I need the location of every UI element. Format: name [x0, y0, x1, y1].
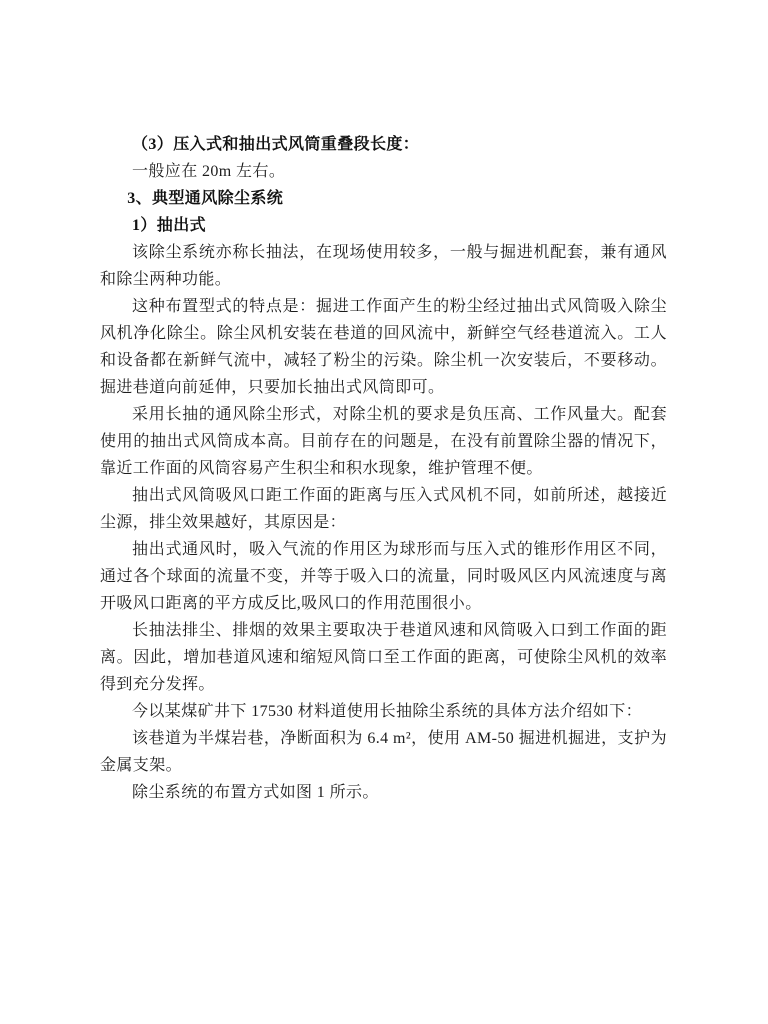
para-figure-reference: 除尘系统的布置方式如图 1 所示。	[100, 779, 667, 806]
para-inlet-distance: 抽出式风筒吸风口距工作面的距离与压入式风机不同，如前所述，越接近尘源，排尘效果越…	[100, 482, 667, 536]
heading-overlap-section-length: （3）压入式和抽出式风筒重叠段长度：	[100, 131, 667, 158]
para-system-intro: 该除尘系统亦称长抽法，在现场使用较多，一般与掘进机配套，兼有通风和除尘两种功能。	[100, 239, 667, 293]
para-roadway-specs: 该巷道为半煤岩巷，净断面积为 6.4 m²，使用 AM-50 掘进机掘进，支护为…	[100, 725, 667, 779]
para-overlap-length-value: 一般应在 20m 左右。	[100, 158, 667, 185]
heading-typical-system: 3、典型通风除尘系统	[100, 185, 667, 212]
para-layout-features: 这种布置型式的特点是：掘进工作面产生的粉尘经过抽出式风筒吸入除尘风机净化除尘。除…	[100, 293, 667, 401]
para-airflow-sphere: 抽出式通风时，吸入气流的作用区为球形而与压入式的锥形作用区不同，通过各个球面的流…	[100, 536, 667, 617]
para-mine-example-intro: 今以某煤矿井下 17530 材料道使用长抽除尘系统的具体方法介绍如下：	[100, 698, 667, 725]
heading-extraction-type: 1）抽出式	[100, 212, 667, 239]
para-fan-requirements: 采用长抽的通风除尘形式，对除尘机的要求是负压高、工作风量大。配套使用的抽出式风筒…	[100, 401, 667, 482]
document-page: （3）压入式和抽出式风筒重叠段长度： 一般应在 20m 左右。 3、典型通风除尘…	[0, 0, 768, 1024]
para-effect-factors: 长抽法排尘、排烟的效果主要取决于巷道风速和风筒吸入口到工作面的距离。因此，增加巷…	[100, 617, 667, 698]
